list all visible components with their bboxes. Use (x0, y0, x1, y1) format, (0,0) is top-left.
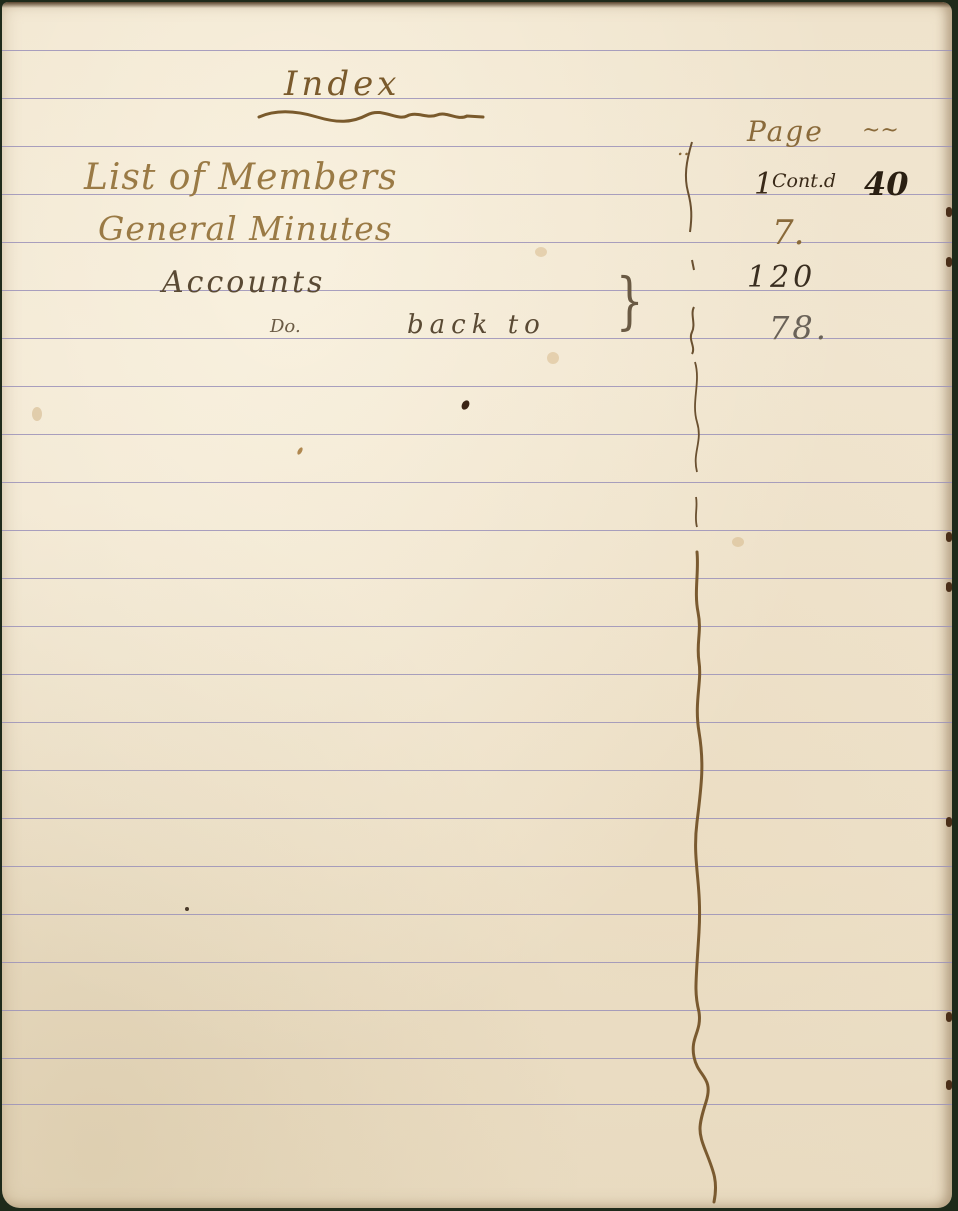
page-number-general-minutes: 7. (772, 213, 804, 253)
column-header-flourish: ~~ (862, 118, 899, 143)
leader-dots: .. (677, 136, 690, 160)
column-header-page: Page (747, 115, 824, 148)
page-number-list-of-members: 40 (864, 165, 909, 203)
page-number-prefix: 1 (754, 167, 773, 202)
ledger-page: Index List of Members General Minutes Ac… (2, 2, 952, 1208)
page-number-note: Cont.d (772, 170, 836, 192)
page-number-back-to: 78. (769, 309, 829, 347)
page-number-accounts: 120 (747, 260, 816, 295)
